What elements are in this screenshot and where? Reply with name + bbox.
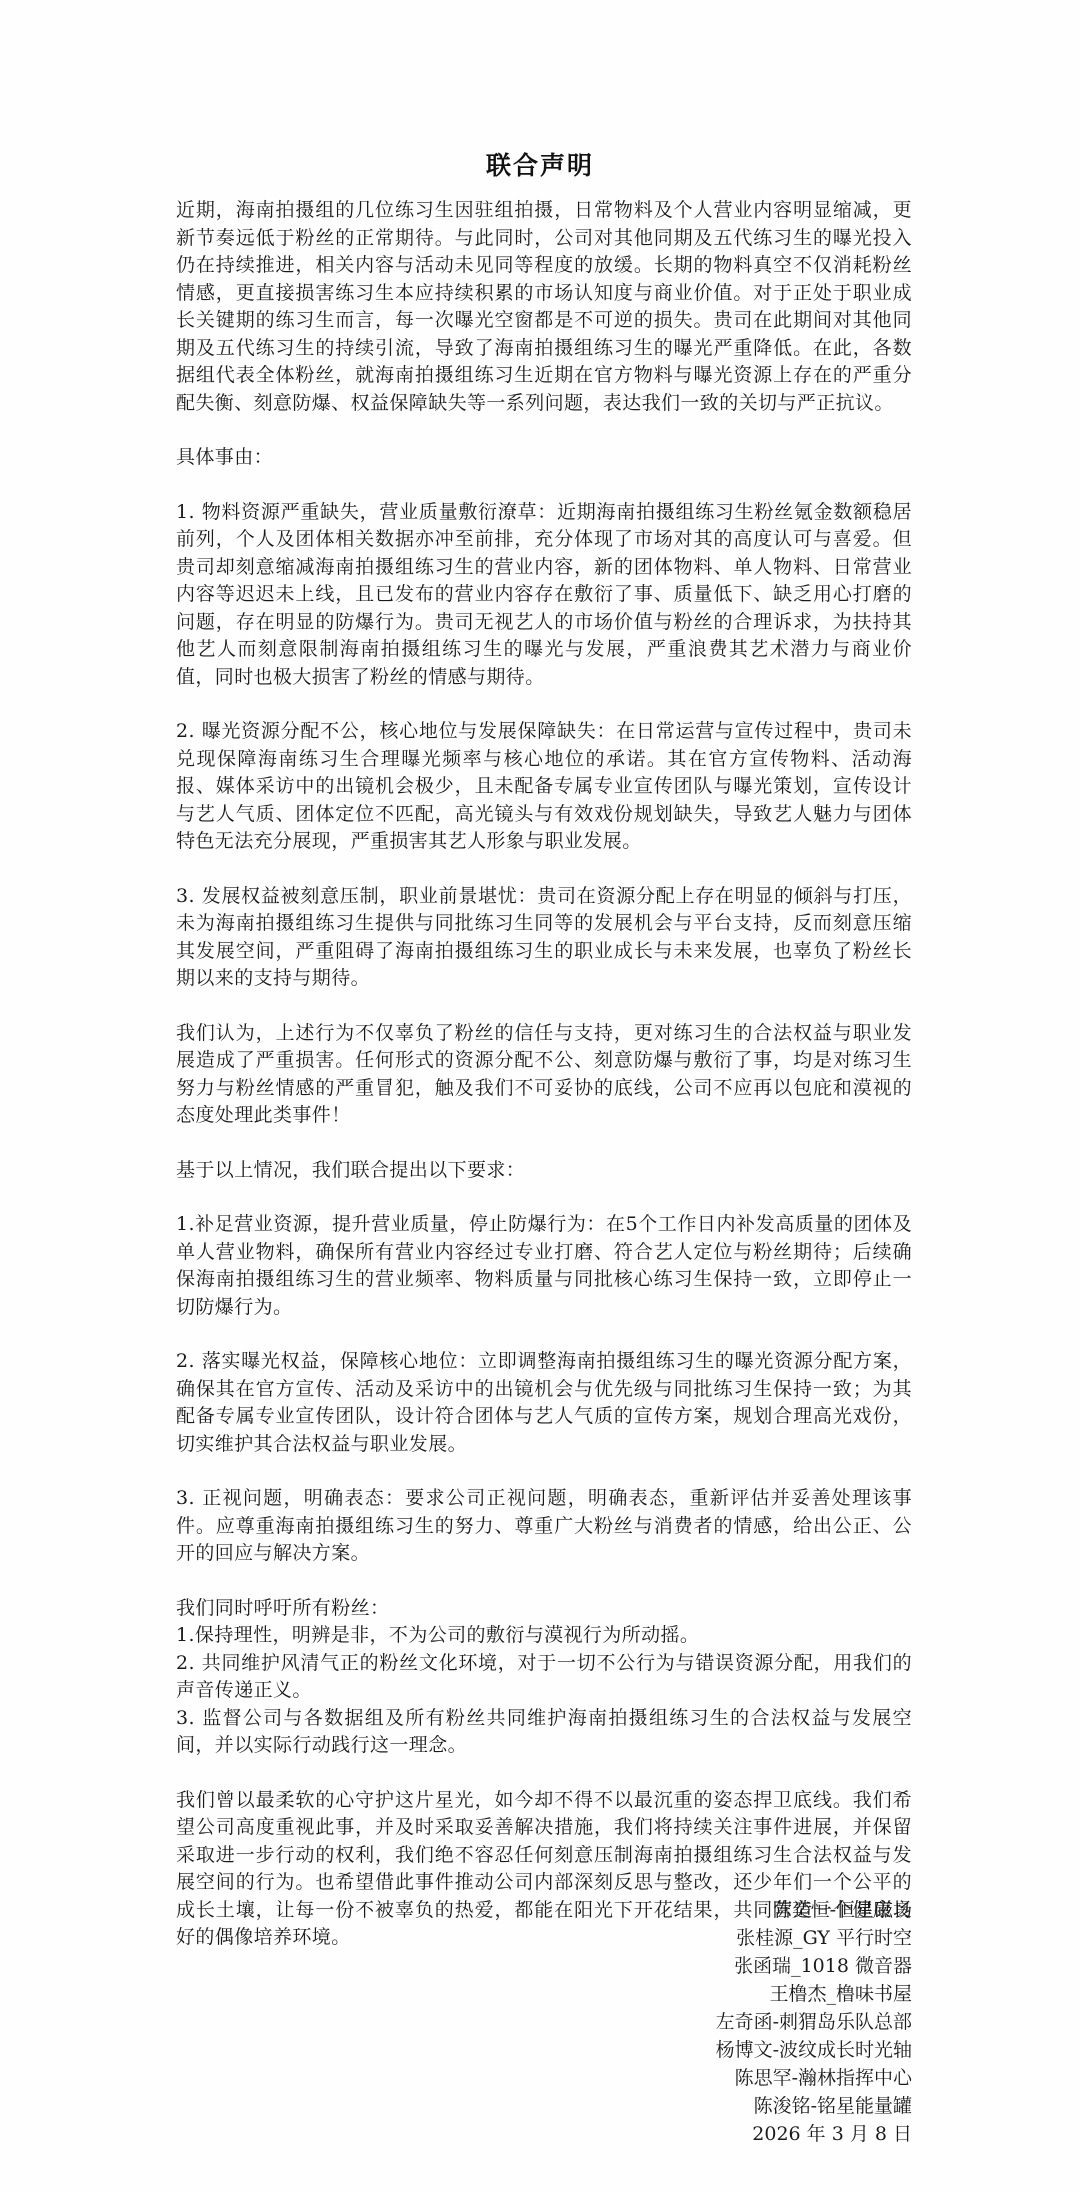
appeal-block: 我们同时呼吁所有粉丝： 1.保持理性，明辨是非，不为公司的敷衍与漠视行为所动摇。…	[176, 1595, 912, 1760]
signatory: 王橹杰_橹味书屋	[716, 1980, 912, 2008]
signatory: 陈思罕-瀚林指挥中心	[716, 2064, 912, 2092]
signatory: 杨博文-波纹成长时光轴	[716, 2036, 912, 2064]
statement-date: 2026 年 3 月 8 日	[716, 2120, 912, 2148]
signatory: 张桂源_GY 平行时空	[716, 1924, 912, 1952]
signatory: 陈浚铭-铭星能量罐	[716, 2092, 912, 2120]
document-title: 联合声明	[0, 146, 1080, 182]
intro-paragraph: 近期，海南拍摄组的几位练习生因驻组拍摄，日常物料及个人营业内容明显缩减，更新节奏…	[176, 197, 912, 417]
signatory: 张函瑞_1018 微音器	[716, 1952, 912, 1980]
signature-block: 陈奕恒-恒星磁场 张桂源_GY 平行时空 张函瑞_1018 微音器 王橹杰_橹味…	[716, 1896, 912, 2148]
appeal-item-1: 1.保持理性，明辨是非，不为公司的敷衍与漠视行为所动摇。	[176, 1622, 912, 1650]
signatory: 左奇函-刺猬岛乐队总部	[716, 2008, 912, 2036]
demand-item-3: 3. 正视问题，明确表态：要求公司正视问题，明确表态，重新评估并妥善处理该事件。…	[176, 1485, 912, 1568]
demands-heading: 基于以上情况，我们联合提出以下要求：	[176, 1157, 912, 1185]
reason-item-1: 1. 物料资源严重缺失，营业质量敷衍潦草：近期海南拍摄组练习生粉丝氪金数额稳居前…	[176, 499, 912, 692]
reason-item-3: 3. 发展权益被刻意压制，职业前景堪忧：贵司在资源分配上存在明显的倾斜与打压，未…	[176, 883, 912, 993]
document-body: 近期，海南拍摄组的几位练习生因驻组拍摄，日常物料及个人营业内容明显缩减，更新节奏…	[176, 197, 912, 1979]
appeal-item-3: 3. 监督公司与各数据组及所有粉丝共同维护海南拍摄组练习生的合法权益与发展空间，…	[176, 1705, 912, 1760]
reason-item-2: 2. 曝光资源分配不公，核心地位与发展保障缺失：在日常运营与宣传过程中，贵司未兑…	[176, 718, 912, 856]
reasons-heading: 具体事由：	[176, 444, 912, 472]
appeal-item-2: 2. 共同维护风清气正的粉丝文化环境，对于一切不公行为与错误资源分配，用我们的声…	[176, 1650, 912, 1705]
signatory: 陈奕恒-恒星磁场	[716, 1896, 912, 1924]
demand-item-2: 2. 落实曝光权益，保障核心地位：立即调整海南拍摄组练习生的曝光资源分配方案，确…	[176, 1348, 912, 1458]
appeal-heading: 我们同时呼吁所有粉丝：	[176, 1595, 912, 1623]
position-paragraph: 我们认为，上述行为不仅辜负了粉丝的信任与支持，更对练习生的合法权益与职业发展造成…	[176, 1020, 912, 1130]
statement-page: 联合声明 近期，海南拍摄组的几位练习生因驻组拍摄，日常物料及个人营业内容明显缩减…	[0, 0, 1080, 2192]
demand-item-1: 1.补足营业资源，提升营业质量，停止防爆行为：在5个工作日内补发高质量的团体及单…	[176, 1211, 912, 1321]
